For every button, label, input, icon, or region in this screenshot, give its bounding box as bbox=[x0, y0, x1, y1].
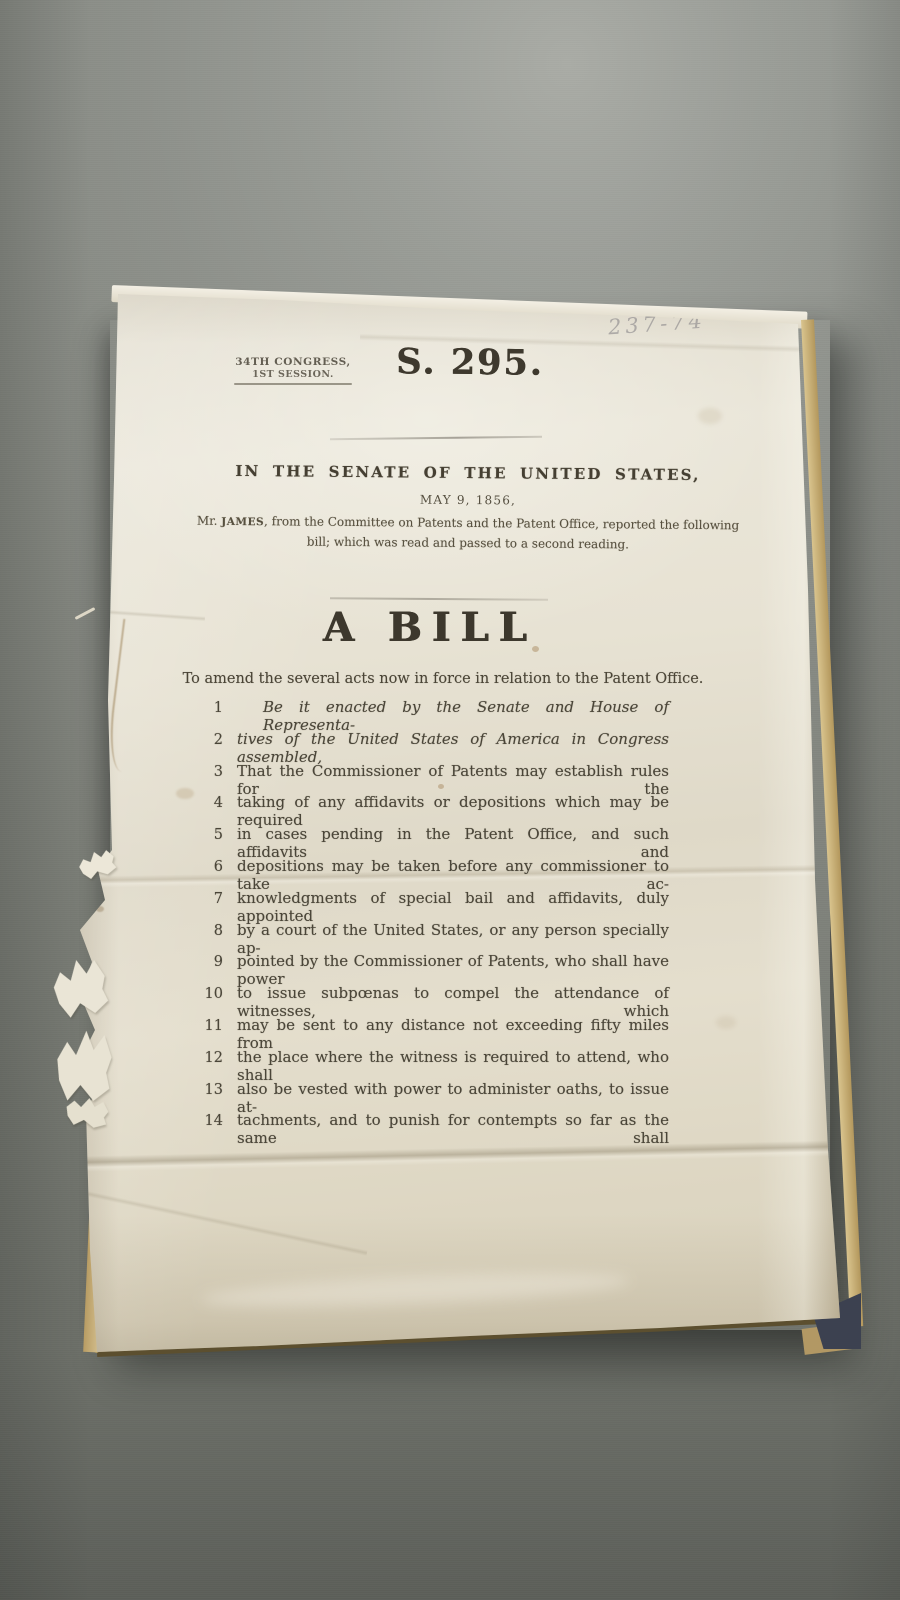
line-text: Be it enacted by the Senate and House of… bbox=[237, 698, 669, 734]
bill-line: 8 by a court of the United States, or an… bbox=[185, 921, 669, 953]
bill-number: S. 295. bbox=[370, 341, 570, 384]
bill-line: 14 tachments, and to punish for contempt… bbox=[185, 1111, 669, 1143]
line-text: tachments, and to punish for contempts s… bbox=[237, 1111, 669, 1147]
line-number: 7 bbox=[185, 891, 223, 907]
bill-line: 11 may be sent to any distance not excee… bbox=[185, 1016, 669, 1048]
torn-edge-fragment bbox=[54, 1024, 113, 1106]
date-line: MAY 9, 1856, bbox=[110, 490, 826, 510]
bill-line: 9 pointed by the Commissioner of Patents… bbox=[185, 952, 669, 984]
header-rule-small bbox=[234, 383, 352, 385]
line-text: also be vested with power to administer … bbox=[237, 1080, 669, 1116]
bill-line: 10 to issue subpœnas to compel the atten… bbox=[185, 984, 669, 1016]
bill-line: 3 That the Commissioner of Patents may e… bbox=[185, 762, 669, 794]
line-number: 9 bbox=[185, 954, 223, 970]
line-text: to issue subpœnas to compel the attendan… bbox=[237, 984, 669, 1020]
bill-line: 4 taking of any affidavits or deposition… bbox=[185, 793, 669, 825]
line-text: knowledgments of special bail and affida… bbox=[237, 889, 669, 925]
line-number: 6 bbox=[185, 859, 223, 875]
line-text: may be sent to any distance not exceedin… bbox=[237, 1016, 669, 1052]
bill-line: 13 also be vested with power to administ… bbox=[185, 1080, 669, 1112]
torn-edge-fragment bbox=[64, 1093, 111, 1132]
printed-content: 237-74 34TH CONGRESS, 1ST SESSION. S. 29… bbox=[80, 290, 850, 1365]
line-number: 12 bbox=[185, 1050, 223, 1066]
reported-by-rest: , from the Committee on Patents and the … bbox=[264, 514, 739, 551]
bill-line: 5 in cases pending in the Patent Office,… bbox=[185, 825, 669, 857]
reported-by-prefix: Mr. bbox=[197, 514, 221, 528]
line-number: 2 bbox=[185, 732, 223, 748]
line-number: 11 bbox=[185, 1018, 223, 1034]
bill-body: 1 Be it enacted by the Senate and House … bbox=[185, 698, 669, 1143]
line-number: 8 bbox=[185, 923, 223, 939]
line-text: by a court of the United States, or any … bbox=[237, 921, 669, 957]
line-number: 14 bbox=[185, 1113, 223, 1129]
bill-line: 12 the place where the witness is requir… bbox=[185, 1048, 669, 1080]
photo-background: 237-74 34TH CONGRESS, 1ST SESSION. S. 29… bbox=[0, 0, 900, 1600]
line-number: 10 bbox=[185, 986, 223, 1002]
ornamental-rule-bottom bbox=[330, 597, 548, 601]
line-text: the place where the witness is required … bbox=[237, 1048, 669, 1084]
ornamental-rule-top bbox=[330, 436, 542, 441]
bill-subtitle: To amend the several acts now in force i… bbox=[90, 671, 796, 687]
reported-by-paragraph: Mr. JAMES, from the Committee on Patents… bbox=[188, 512, 748, 556]
line-text: taking of any affidavits or depositions … bbox=[237, 793, 669, 829]
line-number: 13 bbox=[185, 1082, 223, 1098]
bill-title: A BILL bbox=[80, 604, 780, 651]
paper-thread bbox=[75, 607, 96, 620]
line-text: That the Commissioner of Patents may est… bbox=[237, 762, 669, 798]
paper-sheet: 237-74 34TH CONGRESS, 1ST SESSION. S. 29… bbox=[80, 290, 850, 1365]
line-text: in cases pending in the Patent Office, a… bbox=[237, 825, 669, 861]
bill-line: 6 depositions may be taken before any co… bbox=[185, 857, 669, 889]
session-label: 1ST SESSION. bbox=[218, 369, 368, 380]
bill-line: 1 Be it enacted by the Senate and House … bbox=[185, 698, 669, 730]
torn-edge-fragment bbox=[50, 953, 110, 1022]
line-number: 3 bbox=[185, 764, 223, 780]
bill-line: 2 tives of the United States of America … bbox=[185, 730, 669, 762]
line-number: 1 bbox=[185, 700, 223, 716]
chamber-heading: IN THE SENATE OF THE UNITED STATES, bbox=[110, 461, 826, 485]
line-number: 4 bbox=[185, 795, 223, 811]
line-text: depositions may be taken before any comm… bbox=[237, 857, 669, 893]
line-text: tives of the United States of America in… bbox=[237, 730, 669, 766]
reported-by-name: JAMES bbox=[221, 516, 264, 528]
bill-line: 7 knowledgments of special bail and affi… bbox=[185, 889, 669, 921]
congress-label: 34TH CONGRESS, bbox=[218, 356, 368, 368]
line-text: pointed by the Commissioner of Patents, … bbox=[237, 952, 669, 988]
line-number: 5 bbox=[185, 827, 223, 843]
congress-session-block: 34TH CONGRESS, 1ST SESSION. bbox=[218, 356, 368, 385]
